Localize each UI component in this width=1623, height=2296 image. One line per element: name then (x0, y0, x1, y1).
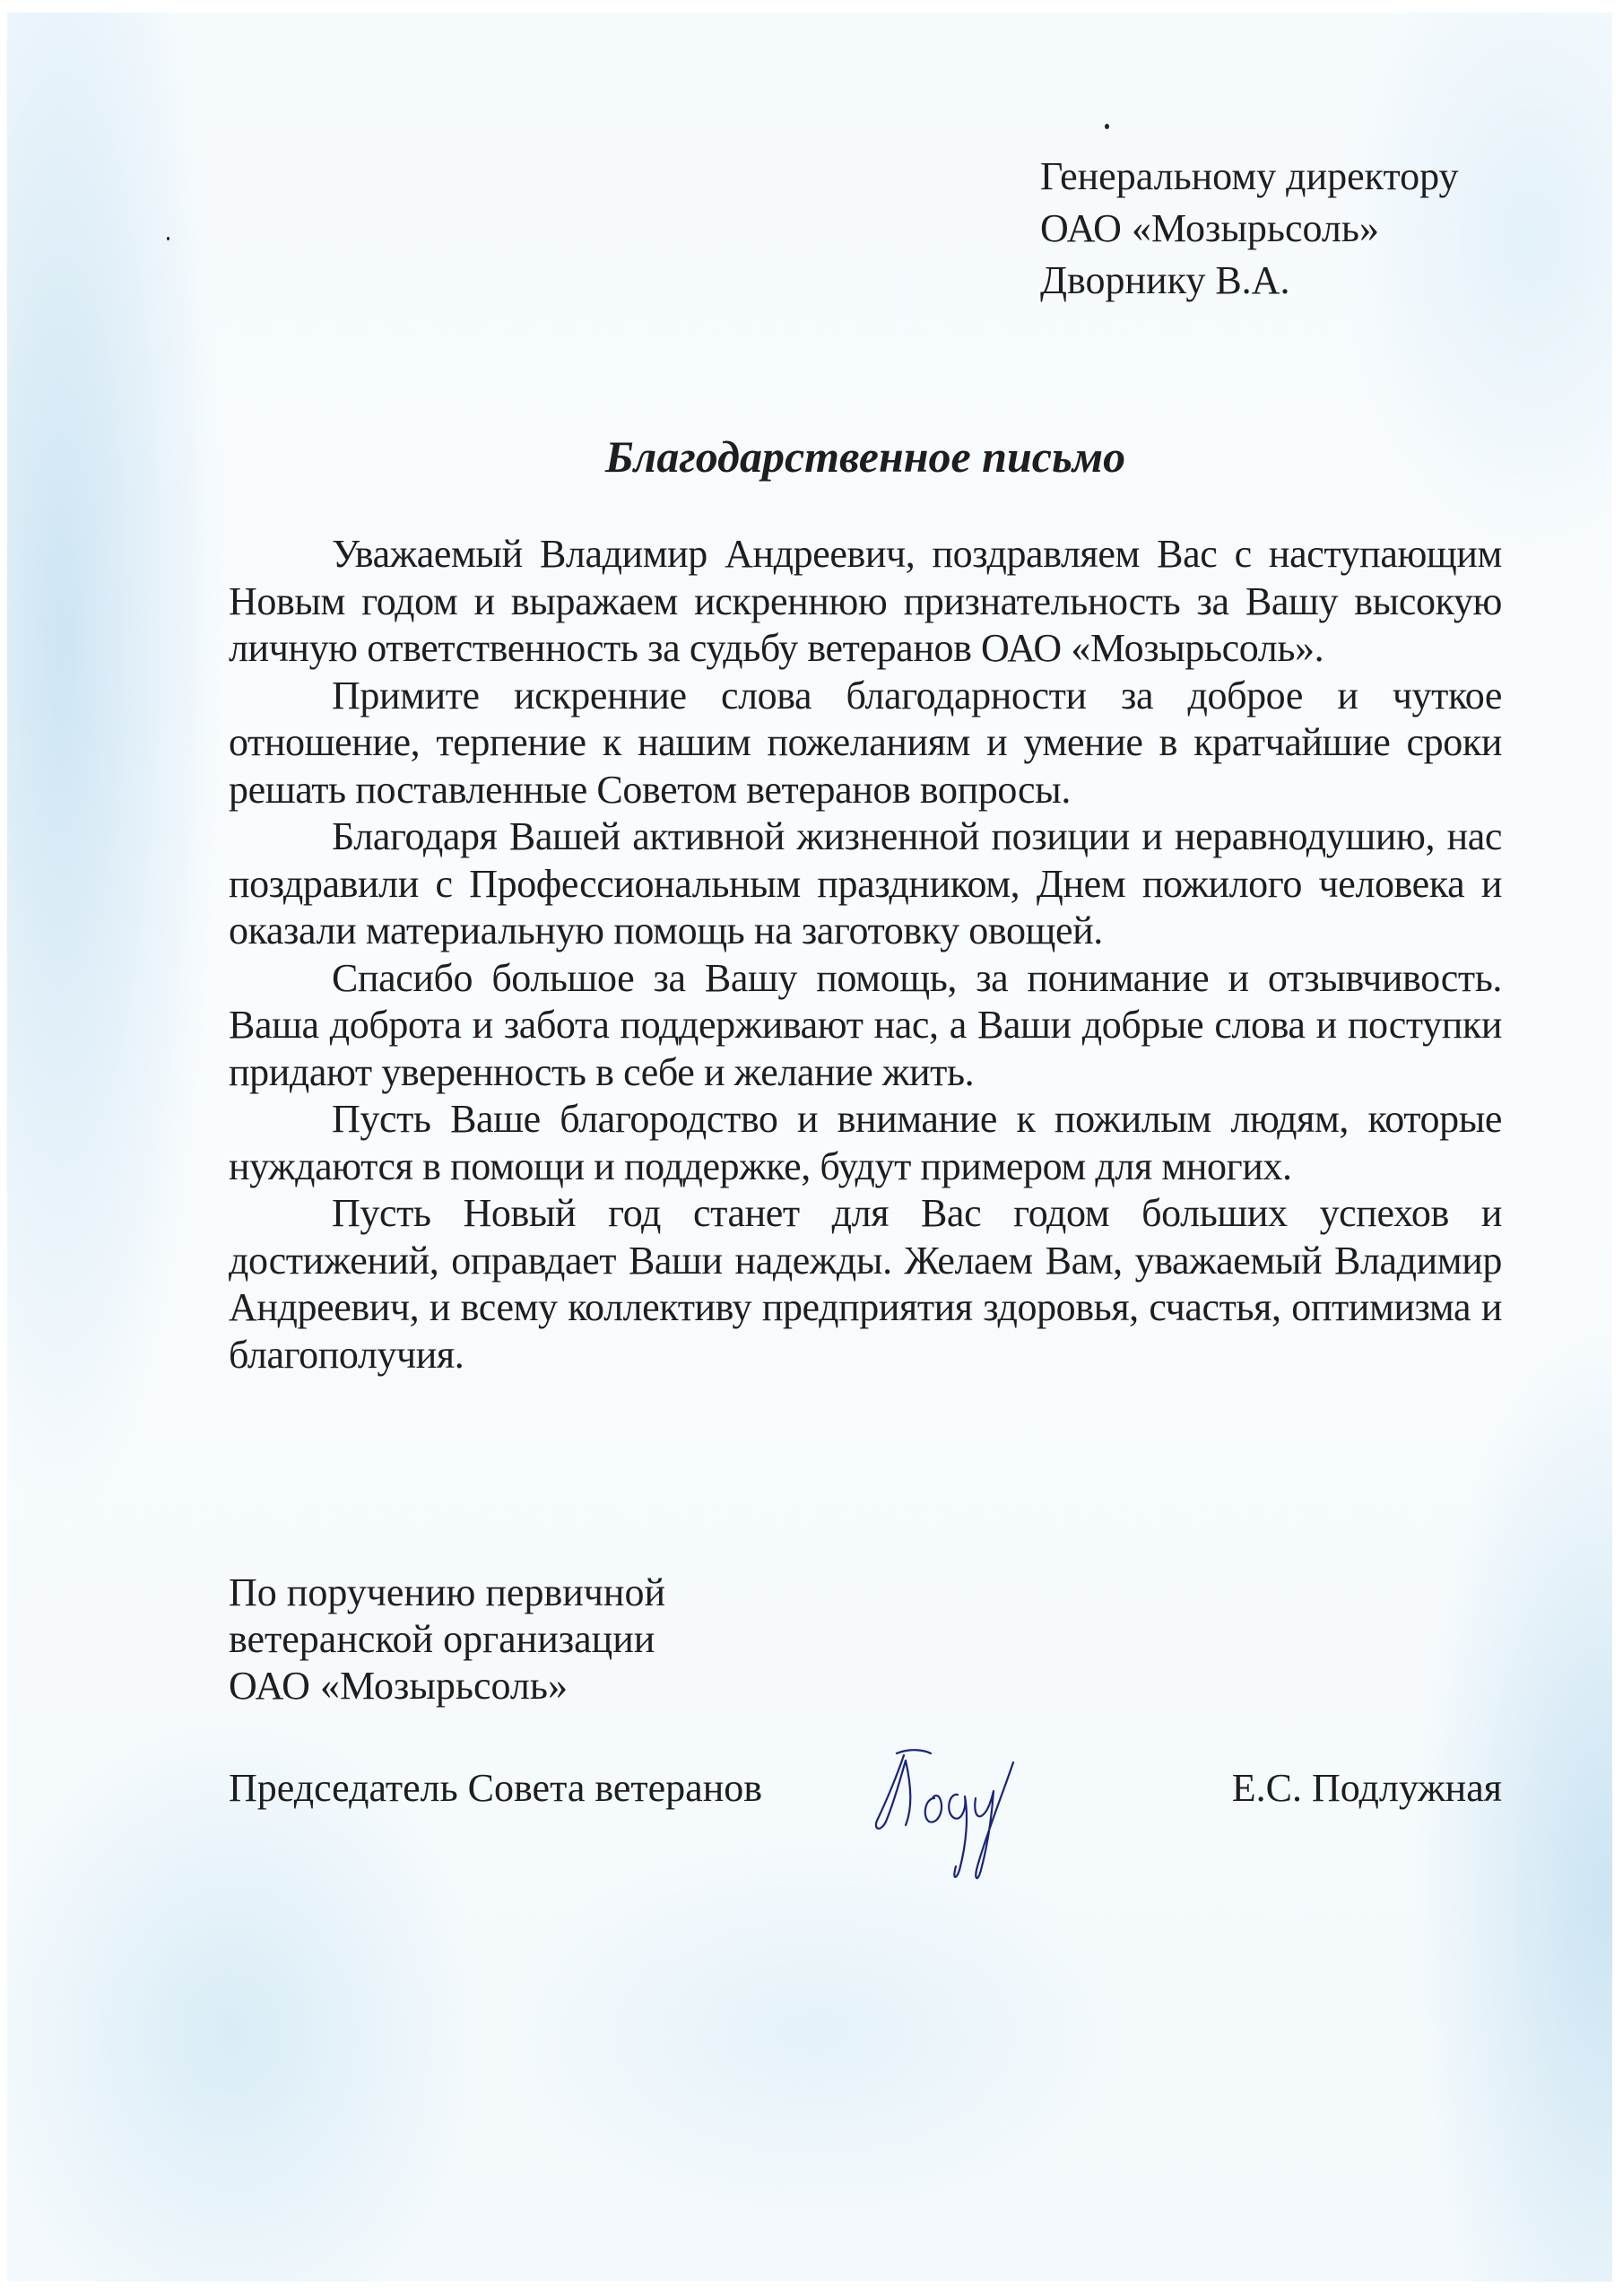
body-paragraph: Пусть Новый год станет для Вас годом бол… (229, 1190, 1502, 1378)
addressee-block: Генеральному директору ОАО «Мозырьсоль» … (1040, 151, 1459, 307)
signatory-role: Председатель Совета ветеранов (229, 1765, 762, 1812)
scan-speck (1105, 124, 1109, 129)
body-paragraph: Пусть Ваше благородство и внимание к пож… (229, 1096, 1502, 1190)
addressee-line: ОАО «Мозырьсоль» (1040, 203, 1459, 255)
body-paragraph: Примите искренние слова благодарности за… (229, 673, 1502, 814)
body-paragraph: Спасибо большое за Вашу помощь, за поним… (229, 955, 1502, 1097)
body-paragraph: Уважаемый Владимир Андреевич, поздравляе… (229, 531, 1502, 673)
addressee-line: Генеральному директору (1040, 151, 1459, 203)
signatory-name: Е.С. Подлужная (1232, 1765, 1502, 1812)
letter-title: Благодарственное письмо (0, 430, 1623, 483)
sender-line: ветеранской организации (229, 1616, 665, 1663)
sender-organization: По поручению первичной ветеранской орган… (229, 1570, 665, 1709)
body-paragraph: Благодаря Вашей активной жизненной позиц… (229, 813, 1502, 955)
letter-body: Уважаемый Владимир Андреевич, поздравляе… (229, 531, 1502, 1378)
sender-line: ОАО «Мозырьсоль» (229, 1663, 665, 1709)
handwritten-signature-icon (861, 1735, 1067, 1888)
sender-line: По поручению первичной (229, 1570, 665, 1616)
scan-speck (167, 237, 169, 240)
addressee-line: Дворнику В.А. (1040, 255, 1459, 307)
